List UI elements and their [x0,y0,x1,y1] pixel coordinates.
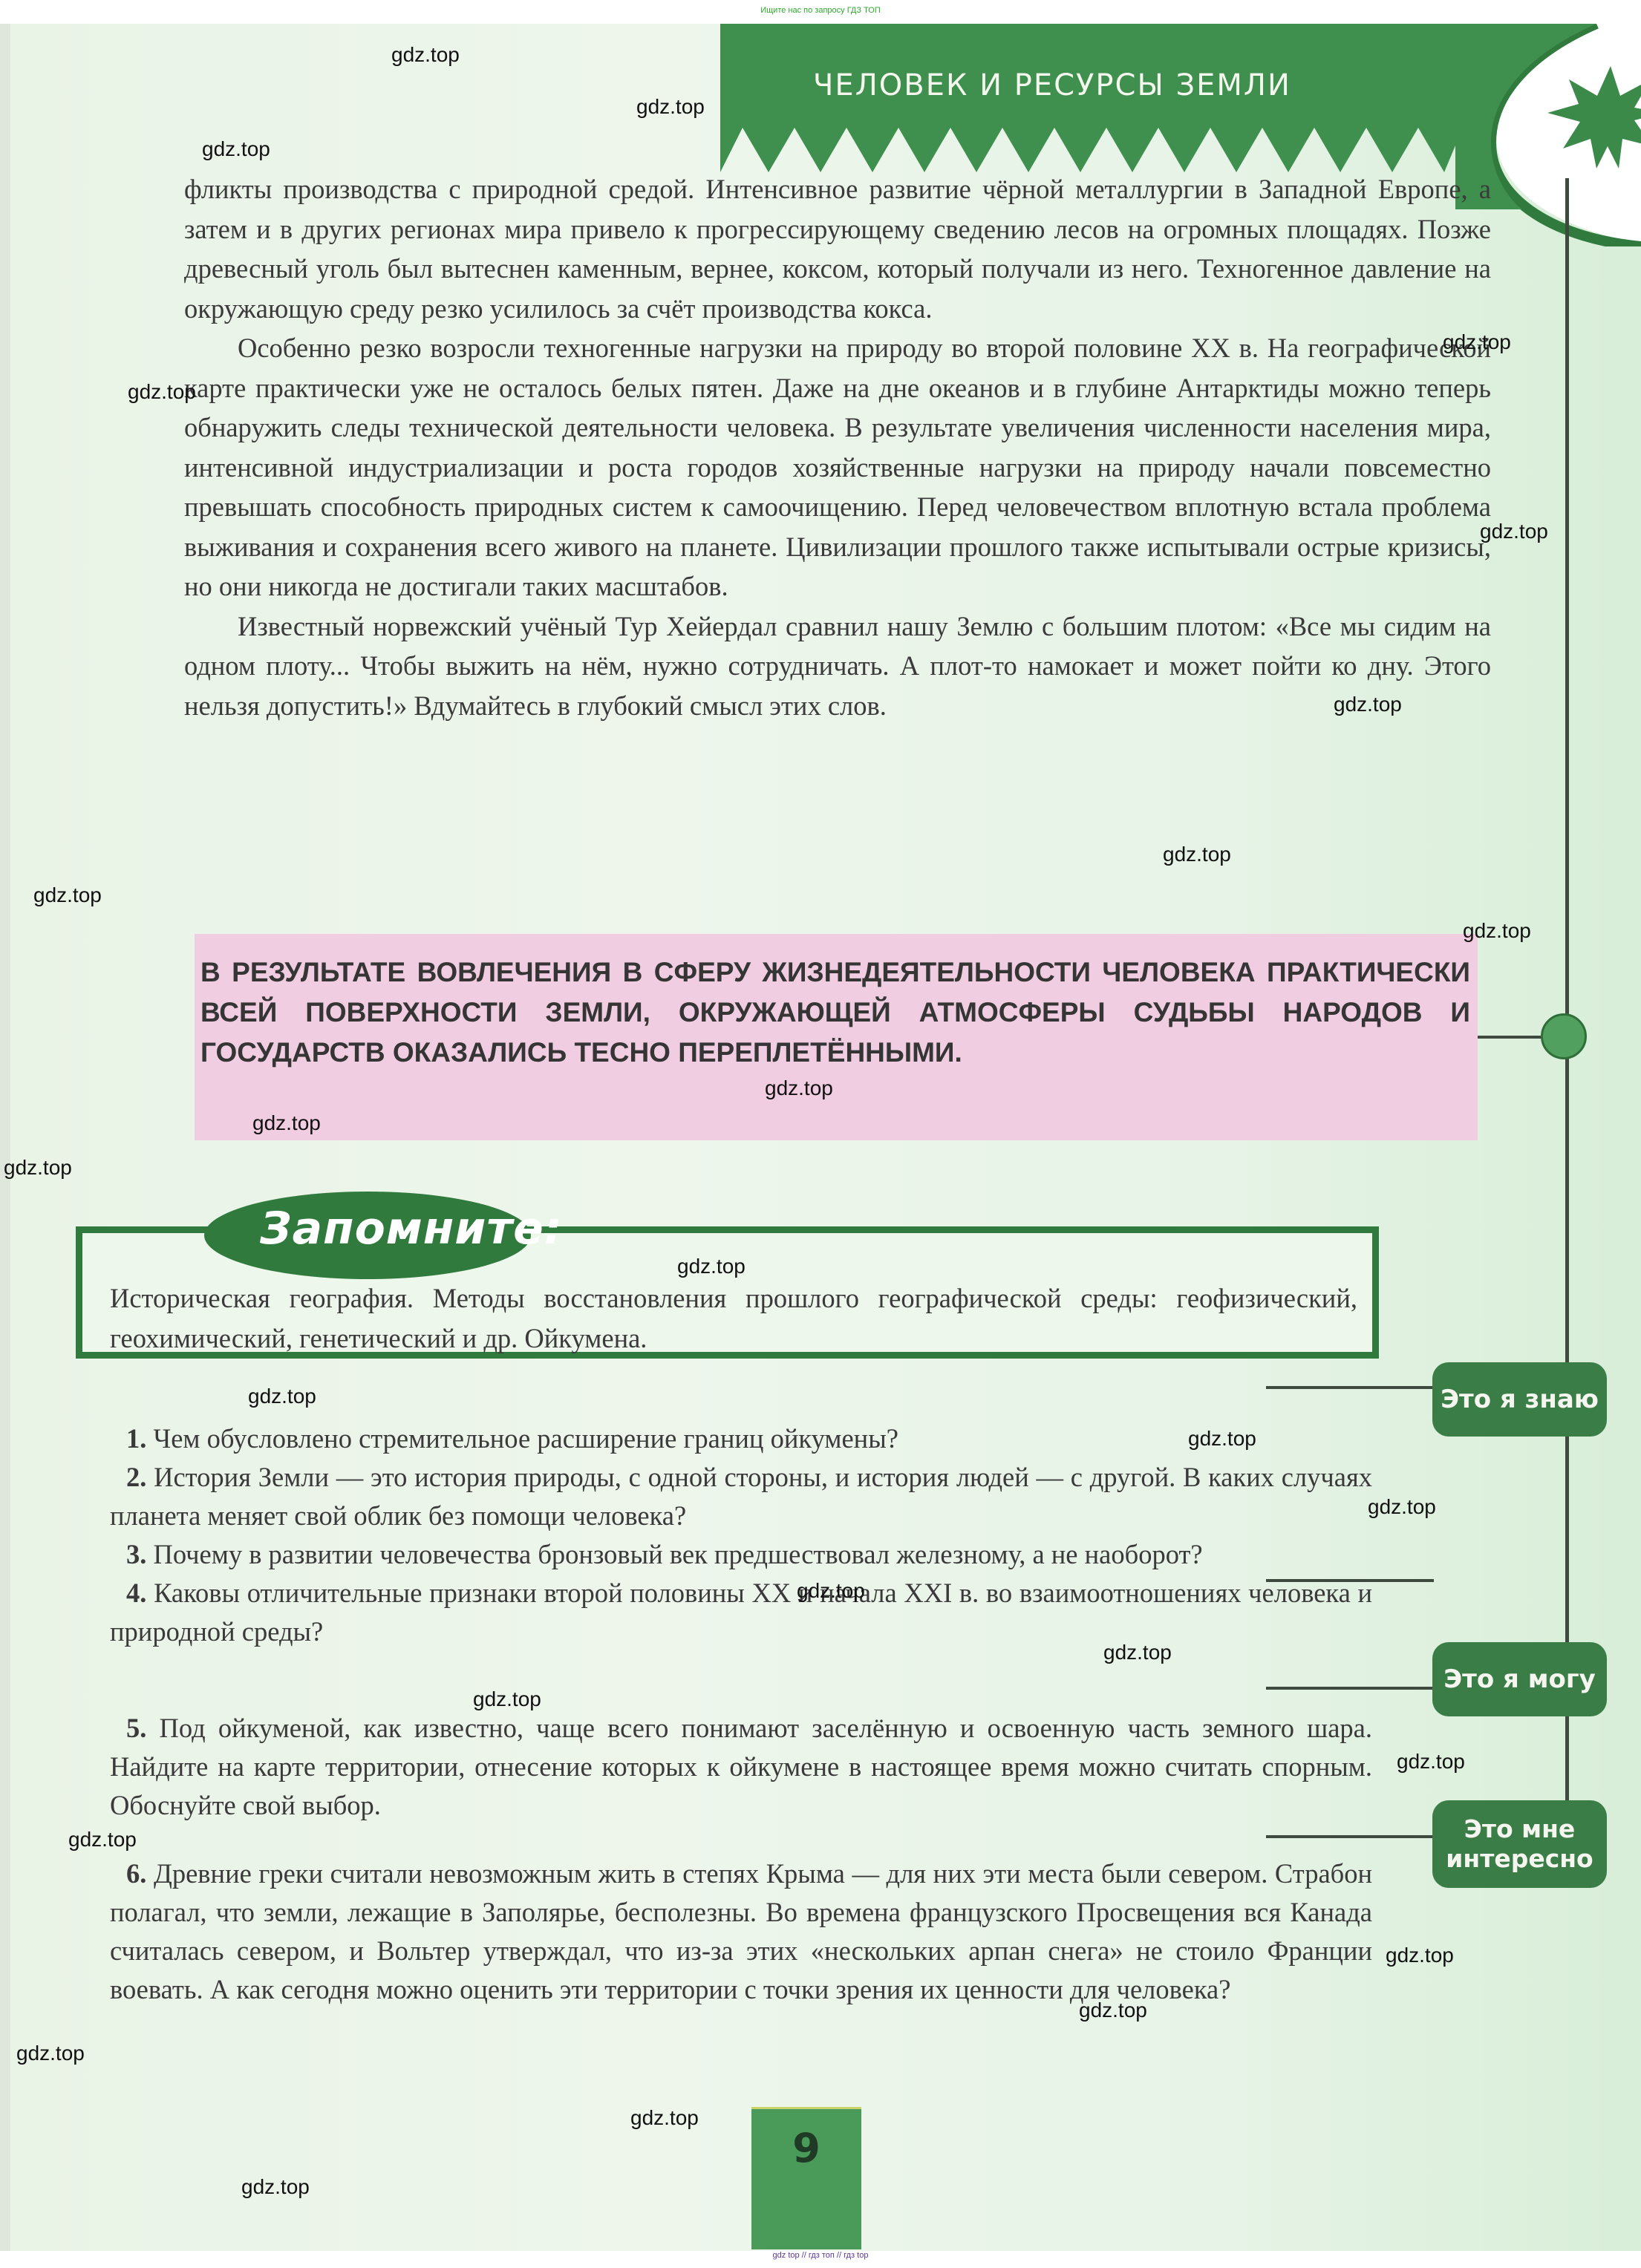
watermark: gdz.top [1397,1750,1465,1774]
watermark: gdz.top [391,43,460,67]
question-item: 3. Почему в развитии человечества бронзо… [110,1535,1372,1574]
page-binding-edge [0,24,10,2251]
callout-marker-dot-icon [1541,1013,1587,1059]
tab-connector-line [1266,1835,1434,1838]
watermark: gdz.top [797,1579,865,1603]
remember-text: Историческая география. Методы восстанов… [110,1278,1357,1359]
question-item: 2. История Земли — это история природы, … [110,1458,1372,1535]
body-text: фликты производства с природной средой. … [184,169,1491,725]
watermark: gdz.top [1079,1999,1147,2022]
watermark: gdz.top [1368,1495,1436,1519]
watermark: gdz.top [636,95,705,119]
watermark: gdz.top [4,1156,72,1180]
watermark: gdz.top [33,883,102,907]
watermark: gdz.top [1386,1944,1454,1967]
watermark: gdz.top [765,1076,833,1100]
watermark: gdz.top [1103,1641,1172,1664]
watermark: gdz.top [202,137,270,161]
page-number: 9 [751,2125,861,2171]
top-banner-text: Ищите нас по запросу ГДЗ ТОП [0,6,1641,15]
tab-connector-line [1266,1579,1434,1582]
tab-this-i-can: Это я могу [1432,1642,1607,1716]
callout-connector-line [1478,1036,1544,1039]
bottom-banner-text: gdz top // гдз топ // гдз top [0,2251,1641,2260]
watermark: gdz.top [1480,520,1548,543]
watermark: gdz.top [630,2106,699,2130]
tab-this-is-interesting: Это мне интересно [1432,1800,1607,1888]
watermark: gdz.top [677,1255,746,1278]
watermark: gdz.top [1188,1427,1256,1451]
tab-connector-line [1266,1386,1434,1389]
questions-interesting: 6. Древние греки считали невозможным жит… [110,1854,1372,2009]
paragraph: фликты производства с природной средой. … [184,169,1491,328]
watermark: gdz.top [1334,693,1402,716]
remember-label: Запомните: [260,1203,563,1255]
watermark: gdz.top [68,1828,137,1852]
question-item: 1. Чем обусловлено стремительное расшире… [110,1419,1372,1458]
key-idea-text: В РЕЗУЛЬТАТЕ ВОВЛЕЧЕНИЯ В СФЕРУ ЖИЗНЕДЕЯ… [200,952,1470,1073]
tab-connector-line [1266,1687,1434,1690]
paragraph: Особенно резко возросли техногенные нагр… [184,328,1491,607]
questions-can: 5. Под ойкуменой, как известно, чаще все… [110,1709,1372,1825]
watermark: gdz.top [1463,919,1531,943]
question-item: 5. Под ойкуменой, как известно, чаще все… [110,1709,1372,1825]
watermark: gdz.top [248,1385,316,1408]
watermark: gdz.top [252,1111,321,1135]
tab-this-i-know: Это я знаю [1432,1362,1607,1437]
watermark: gdz.top [128,380,196,404]
paragraph: Известный норвежский учёный Тур Хейердал… [184,607,1491,726]
watermark: gdz.top [16,2042,85,2065]
watermark: gdz.top [473,1687,541,1711]
watermark: gdz.top [241,2175,310,2199]
question-item: 4. Каковы отличительные признаки второй … [110,1574,1372,1651]
section-title: ЧЕЛОВЕК И РЕСУРСЫ ЗЕМЛИ [813,68,1291,102]
watermark: gdz.top [1443,330,1511,354]
questions-know: 1. Чем обусловлено стремительное расшире… [110,1419,1372,1651]
question-item: 6. Древние греки считали невозможным жит… [110,1854,1372,2009]
watermark: gdz.top [1163,843,1231,866]
